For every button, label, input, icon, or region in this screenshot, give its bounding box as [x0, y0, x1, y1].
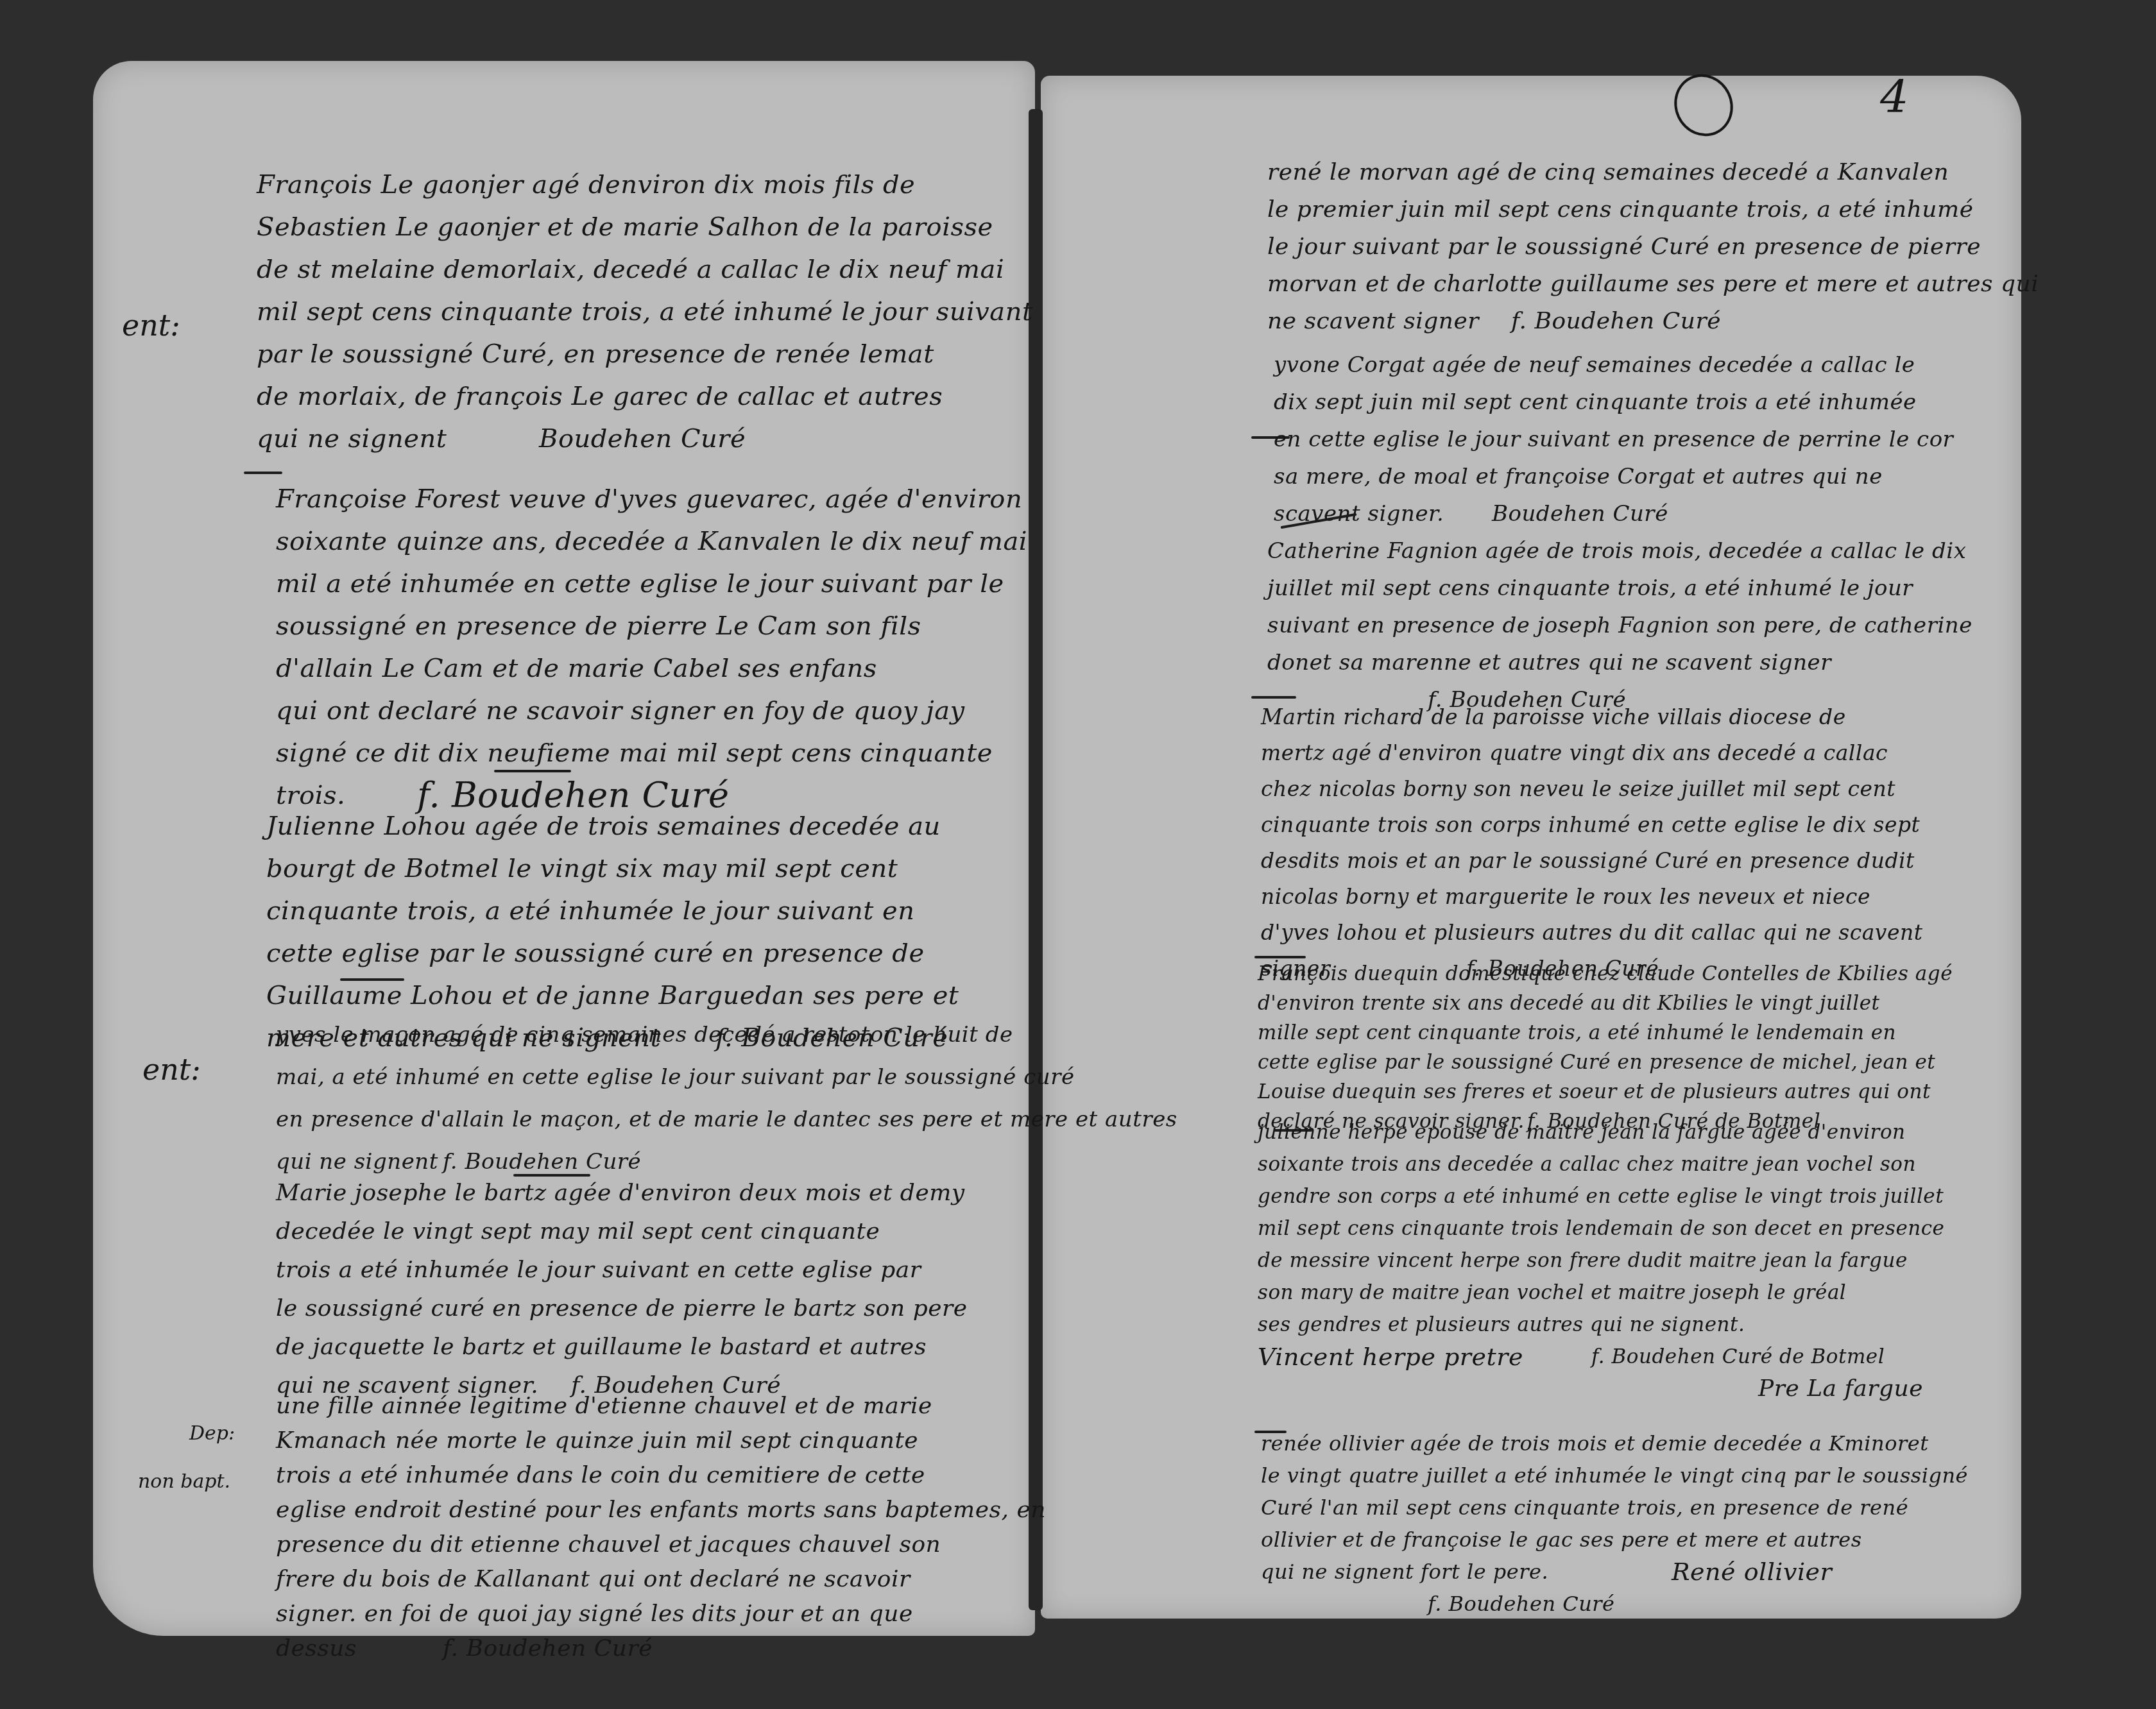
entry-line: d'allain Le Cam et de marie Cabel ses en… [276, 647, 1027, 690]
margin-note-ent-1: ent: [122, 308, 180, 343]
entry-line: François Le gaonjer agé denviron dix moi… [257, 164, 1033, 206]
entry-line: de st melaine demorlaix, decedé a callac… [257, 248, 1033, 291]
burial-entry: Catherine Fagnion agée de trois mois, de… [1267, 532, 1972, 718]
entry-line: soussigné en presence de pierre Le Cam s… [276, 605, 1027, 647]
entry-line: signé ce dit dix neufieme mai mil sept c… [276, 732, 1027, 774]
entry-line: eglise endroit destiné pour les enfants … [276, 1493, 1046, 1527]
entry-line: cette eglise par le soussigné curé en pr… [266, 932, 959, 974]
entry-divider [1251, 696, 1296, 699]
entry-line: soixante trois ans decedée a callac chez… [1258, 1148, 1944, 1180]
entry-line: bourgt de Botmel le vingt six may mil se… [266, 847, 959, 890]
entry-line: sa mere, de moal et françoise Corgat et … [1274, 458, 1953, 495]
burial-entry: rené le morvan agé de cinq semaines dece… [1267, 154, 2039, 340]
entry-line: chez nicolas borny son neveu le seize ju… [1261, 771, 1923, 807]
entry-line: ollivier et de françoise le gac ses pere… [1261, 1524, 1968, 1556]
entry-divider [340, 978, 404, 981]
entry-line: mil sept cens cinquante trois lendemain … [1258, 1212, 1944, 1245]
curate-signature: f. Boudehen Curé [1261, 1588, 1968, 1620]
witness-signature: Pre La fargue [1258, 1373, 1944, 1405]
entry-line: cinquante trois, a eté inhumée le jour s… [266, 890, 959, 932]
entry-line: une fille ainnée legitime d'etienne chau… [276, 1389, 1046, 1424]
curate-signature: f. Boudehen Curé [276, 1631, 1046, 1666]
entry-line: mille sept cent cinquante trois, a eté i… [1258, 1018, 1953, 1048]
entry-line: mertz agé d'environ quatre vingt dix ans… [1261, 735, 1923, 771]
entry-line: qui ont declaré ne scavoir signer en foy… [276, 690, 1027, 732]
burial-entry: renée ollivier agée de trois mois et dem… [1261, 1427, 1968, 1620]
entry-line: François duequin domestique chez claude … [1258, 959, 1953, 989]
entry-line: mil a eté inhumée en cette eglise le jou… [276, 563, 1027, 605]
entry-line: d'environ trente six ans decedé au dit K… [1258, 989, 1953, 1018]
entry-line: morvan et de charlotte guillaume ses per… [1267, 266, 2039, 303]
entry-line: julienne herpe epouse de maitre jean la … [1258, 1116, 1944, 1148]
entry-line: le vingt quatre juillet a eté inhumée le… [1261, 1459, 1968, 1492]
entry-line: trois a eté inhumée le jour suivant en c… [276, 1251, 968, 1289]
entry-line: Marie josephe le bartz agée d'environ de… [276, 1174, 968, 1212]
burial-entry: yves le maçon agé de cinq semaines deced… [276, 1014, 1177, 1183]
entry-line: renée ollivier agée de trois mois et dem… [1261, 1427, 1968, 1459]
entry-line: Françoise Forest veuve d'yves guevarec, … [276, 478, 1027, 520]
entry-line: Catherine Fagnion agée de trois mois, de… [1267, 532, 1972, 570]
entry-line: par le soussigné Curé, en presence de re… [257, 333, 1033, 375]
entry-line: le jour suivant par le soussigné Curé en… [1267, 228, 2039, 266]
entry-line: suivant en presence de joseph Fagnion so… [1267, 607, 1972, 644]
entry-line: nicolas borny et marguerite le roux les … [1261, 879, 1923, 915]
burial-entry: une fille ainnée legitime d'etienne chau… [276, 1389, 1046, 1666]
entry-line: signer. en foi de quoi jay signé les dit… [276, 1597, 1046, 1631]
entry-line: le premier juin mil sept cens cinquante … [1267, 191, 2039, 228]
margin-note-non-bapt: non bapt. [138, 1469, 230, 1495]
entry-line: decedée le vingt sept may mil sept cent … [276, 1212, 968, 1251]
entry-line: en presence d'allain le maçon, et de mar… [276, 1098, 1177, 1141]
entry-line: presence du dit etienne chauvel et jacqu… [276, 1527, 1046, 1562]
burial-entry: yvone Corgat agée de neuf semaines deced… [1274, 346, 1953, 532]
entry-line: Louise duequin ses freres et soeur et de… [1258, 1077, 1953, 1107]
entry-line: le soussigné curé en presence de pierre … [276, 1289, 968, 1328]
entry-line: de messire vincent herpe son frere dudit… [1258, 1245, 1944, 1277]
entry-line: cinquante trois son corps inhumé en cett… [1261, 807, 1923, 843]
entry-line: rené le morvan agé de cinq semaines dece… [1267, 154, 2039, 191]
entry-line: son mary de maitre jean vochel et maitre… [1258, 1277, 1944, 1309]
entry-line: Sebastien Le gaonjer et de marie Salhon … [257, 206, 1033, 248]
entry-divider [1254, 956, 1306, 958]
burial-entry: Martin richard de la paroisse viche vill… [1261, 699, 1923, 987]
entry-line: d'yves lohou et plusieurs autres du dit … [1261, 915, 1923, 951]
entry-line: gendre son corps a eté inhumé en cette e… [1258, 1180, 1944, 1212]
entry-line: donet sa marenne et autres qui ne scaven… [1267, 644, 1972, 681]
entry-line: trois a eté inhumée dans le coin du cemi… [276, 1458, 1046, 1493]
entry-line: en cette eglise le jour suivant en prese… [1274, 421, 1953, 458]
entry-line: dix sept juin mil sept cent cinquante tr… [1274, 384, 1953, 421]
entry-line: mai, a eté inhumé en cette eglise le jou… [276, 1056, 1177, 1098]
burial-entry: julienne herpe epouse de maitre jean la … [1258, 1116, 1944, 1405]
burial-entry: François Le gaonjer agé denviron dix moi… [257, 164, 1033, 460]
entry-line: mil sept cens cinquante trois, a eté inh… [257, 291, 1033, 333]
entry-line: yves le maçon agé de cinq semaines deced… [276, 1014, 1177, 1056]
margin-note-ent-2: ent: [142, 1052, 201, 1087]
burial-entry: Marie josephe le bartz agée d'environ de… [276, 1174, 968, 1405]
burial-entry: Françoise Forest veuve d'yves guevarec, … [276, 478, 1027, 817]
burial-entry: François duequin domestique chez claude … [1258, 959, 1953, 1136]
entry-divider [244, 472, 282, 474]
entry-divider [494, 770, 571, 772]
entry-line: juillet mil sept cens cinquante trois, a… [1267, 570, 1972, 607]
entry-line: Martin richard de la paroisse viche vill… [1261, 699, 1923, 735]
entry-line: soixante quinze ans, decedée a Kanvalen … [276, 520, 1027, 563]
entry-line: Kmanach née morte le quinze juin mil sep… [276, 1424, 1046, 1458]
entry-line: de morlaix, de françois Le garec de call… [257, 375, 1033, 418]
entry-line: Julienne Lohou agée de trois semaines de… [266, 805, 959, 847]
margin-note-dep: Dep: [189, 1421, 235, 1447]
entry-line: cette eglise par le soussigné Curé en pr… [1258, 1048, 1953, 1077]
entry-line: yvone Corgat agée de neuf semaines deced… [1274, 346, 1953, 384]
entry-line: desdits mois et an par le soussigné Curé… [1261, 843, 1923, 879]
entry-line: Curé l'an mil sept cens cinquante trois,… [1261, 1492, 1968, 1524]
folio-number: 4 [1880, 71, 1909, 123]
entry-line: de jacquette le bartz et guillaume le ba… [276, 1328, 968, 1366]
entry-line: frere du bois de Kallanant qui ont decla… [276, 1562, 1046, 1597]
entry-line: ses gendres et plusieurs autres qui ne s… [1258, 1309, 1944, 1341]
